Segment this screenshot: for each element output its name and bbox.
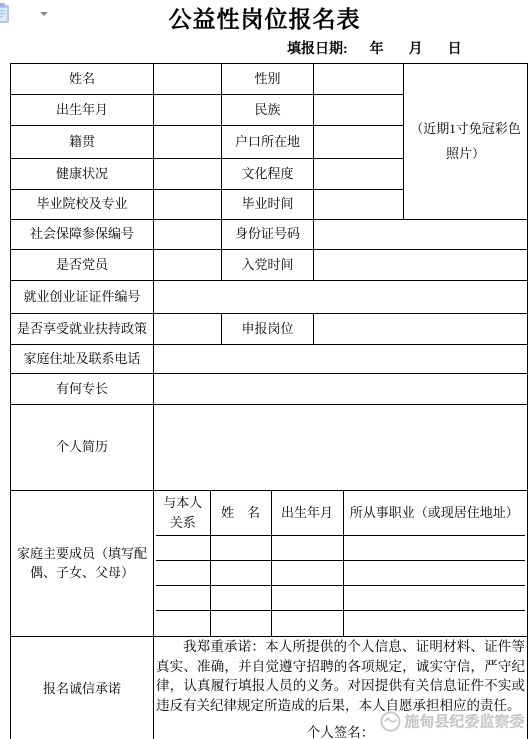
photo-cell[interactable]: （近期1寸免冠彩色照片） xyxy=(404,64,528,220)
input-id-number[interactable] xyxy=(314,220,528,250)
input-household-location[interactable] xyxy=(314,126,404,159)
application-form-table: 姓名 性别 （近期1寸免冠彩色照片） 出生年月 民族 籍贯 户口所在地 健康状况… xyxy=(10,63,528,739)
form-document-page: 公益性岗位报名表 填报日期:年月日 姓名 性别 （近期1寸免冠彩色照片） 出生年… xyxy=(0,0,529,739)
label-health: 健康状况 xyxy=(11,159,154,190)
input-education-level[interactable] xyxy=(314,159,404,190)
label-promise: 报名诚信承诺 xyxy=(11,637,154,739)
label-is-party-member: 是否党员 xyxy=(11,250,154,281)
family-row2-relation[interactable] xyxy=(156,560,210,585)
emblem-icon xyxy=(380,711,401,732)
input-party-join-time[interactable] xyxy=(314,250,528,281)
input-employment-support-policy[interactable] xyxy=(154,314,222,345)
label-household-location: 户口所在地 xyxy=(222,126,314,159)
input-name[interactable] xyxy=(154,64,222,95)
family-members-table: 与本人关系 姓 名 出生年月 所从事职业（或现居住地址） xyxy=(156,491,525,636)
family-row2-occupation[interactable] xyxy=(343,560,525,585)
input-applied-position[interactable] xyxy=(314,314,528,345)
fill-date-line: 填报日期:年月日 xyxy=(287,38,462,58)
date-month: 月 xyxy=(409,38,423,58)
family-header-name: 姓 名 xyxy=(210,491,271,535)
promise-text: 我郑重承诺：本人所提供的个人信息、证明材料、证件等真实、准确，并自觉遵守招聘的各… xyxy=(156,637,525,715)
input-employment-cert-no[interactable] xyxy=(154,281,528,314)
family-header-birth: 出生年月 xyxy=(271,491,343,535)
input-gender[interactable] xyxy=(314,64,404,95)
page-title: 公益性岗位报名表 xyxy=(0,1,529,34)
family-row3-occupation[interactable] xyxy=(343,585,525,610)
label-employment-support-policy: 是否享受就业扶持政策 xyxy=(11,314,154,345)
family-row3-relation[interactable] xyxy=(156,585,210,610)
label-personal-resume: 个人简历 xyxy=(11,405,154,491)
input-birth-date[interactable] xyxy=(154,95,222,126)
label-applied-position: 申报岗位 xyxy=(222,314,314,345)
label-native-place: 籍贯 xyxy=(11,126,154,159)
family-row1-occupation[interactable] xyxy=(343,535,525,560)
input-is-party-member[interactable] xyxy=(154,250,222,281)
date-label: 填报日期: xyxy=(287,38,348,58)
family-row1-name[interactable] xyxy=(210,535,271,560)
family-row1-relation[interactable] xyxy=(156,535,210,560)
label-specialty: 有何专长 xyxy=(11,374,154,405)
input-health[interactable] xyxy=(154,159,222,190)
label-id-number: 身份证号码 xyxy=(222,220,314,250)
family-members-subtable-cell: 与本人关系 姓 名 出生年月 所从事职业（或现居住地址） xyxy=(154,491,528,637)
input-personal-resume[interactable] xyxy=(154,405,528,491)
family-row3-birth[interactable] xyxy=(271,585,343,610)
input-specialty[interactable] xyxy=(154,374,528,405)
input-school-major[interactable] xyxy=(154,190,222,220)
family-header-relation: 与本人关系 xyxy=(156,491,210,535)
input-native-place[interactable] xyxy=(154,126,222,159)
label-birth-date: 出生年月 xyxy=(11,95,154,126)
input-ethnicity[interactable] xyxy=(314,95,404,126)
date-year: 年 xyxy=(370,38,384,58)
label-school-major: 毕业院校及专业 xyxy=(11,190,154,220)
input-social-security-no[interactable] xyxy=(154,220,222,250)
label-gender: 性别 xyxy=(222,64,314,95)
label-home-address-phone: 家庭住址及联系电话 xyxy=(11,345,154,374)
label-graduation-time: 毕业时间 xyxy=(222,190,314,220)
family-header-occupation: 所从事职业（或现居住地址） xyxy=(343,491,525,535)
label-ethnicity: 民族 xyxy=(222,95,314,126)
label-party-join-time: 入党时间 xyxy=(222,250,314,281)
family-row4-name[interactable] xyxy=(210,610,271,636)
family-row1-birth[interactable] xyxy=(271,535,343,560)
label-family-members: 家庭主要成员（填写配偶、子女、父母） xyxy=(11,491,154,637)
family-row4-birth[interactable] xyxy=(271,610,343,636)
family-row4-relation[interactable] xyxy=(156,610,210,636)
label-social-security-no: 社会保障参保编号 xyxy=(11,220,154,250)
label-name: 姓名 xyxy=(11,64,154,95)
input-graduation-time[interactable] xyxy=(314,190,404,220)
family-row3-name[interactable] xyxy=(210,585,271,610)
family-row2-name[interactable] xyxy=(210,560,271,585)
watermark: 施甸县纪委监察委 xyxy=(380,711,525,732)
family-row2-birth[interactable] xyxy=(271,560,343,585)
input-home-address-phone[interactable] xyxy=(154,345,528,374)
label-employment-cert-no: 就业创业证证件编号 xyxy=(11,281,154,314)
date-day: 日 xyxy=(448,38,462,58)
family-row4-occupation[interactable] xyxy=(343,610,525,636)
watermark-text: 施甸县纪委监察委 xyxy=(405,711,525,732)
label-education-level: 文化程度 xyxy=(222,159,314,190)
